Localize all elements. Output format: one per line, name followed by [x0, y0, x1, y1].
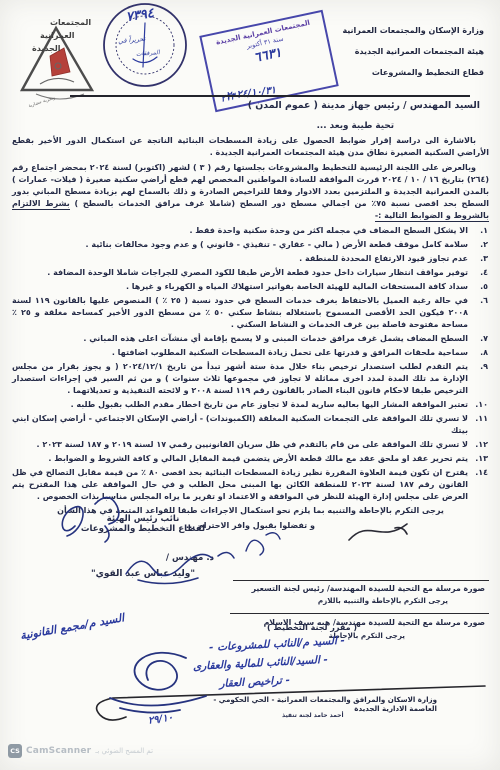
footer-address: وزارة الاسكان والمرافق والمجتمعات العمرا… — [185, 695, 437, 713]
logo-word-2: العمرانية — [40, 31, 74, 40]
condition-text: الا يشكل السطح المضاف في مجمله اكثر من و… — [189, 226, 468, 235]
condition-item-8: ٨.سماحية ملحقات المرافق و قدرتها على تحم… — [12, 347, 489, 359]
condition-item-12: ١٢.لا تسري تلك الموافقة على من قام بالتق… — [12, 439, 489, 451]
condition-item-6: ٦.في حالة رغبة العميل بالاحتفاظ بغرف خدم… — [12, 295, 489, 331]
watermark-brand: CamScanner — [26, 746, 91, 756]
condition-item-2: ٢.سلامة كامل موقف قطعة الأرض ( مالي - عق… — [12, 239, 489, 251]
condition-text: السطح المضاف يشمل غرف مرافق خدمات المبنى… — [83, 334, 468, 343]
condition-text: في حالة رغبة العميل بالاحتفاظ بغرف خدمات… — [12, 296, 468, 329]
condition-number: ٧. — [480, 333, 488, 345]
round-stamp-rim-text: هيئة المجتمعات العمرانية الجديدة ـ قطاع … — [99, 1, 103, 3]
cc-divider-2 — [230, 613, 489, 614]
condition-number: ٢. — [480, 239, 488, 251]
logo-word-3: الجديدة — [32, 44, 60, 53]
condition-text: سلامة كامل موقف قطعة الأرض ( مالي - عقار… — [86, 240, 468, 249]
footer-small-note: أحمد حامد لجنة تنفيذ — [282, 712, 344, 719]
condition-text: سماحية ملحقات المرافق و قدرتها على تحمل … — [112, 348, 468, 357]
cc-divider-1 — [233, 580, 489, 581]
watermark-arabic: تم المسح الضوئي بـ — [95, 747, 153, 755]
condition-number: ٤. — [480, 267, 488, 279]
condition-number: ١٣. — [475, 453, 488, 465]
header-divider — [70, 95, 470, 97]
scanner-watermark: CS CamScanner تم المسح الضوئي بـ — [8, 744, 153, 758]
condition-number: ٦. — [480, 295, 488, 307]
condition-text: لا تسري تلك الموافقة على من قام بالتقدم … — [37, 440, 468, 449]
signatory-handwritten-signature — [118, 544, 243, 589]
svg-text:هيئة المجتمعات العمرانية الجدي: هيئة المجتمعات العمرانية الجديدة ـ قطاع … — [99, 1, 103, 3]
condition-number: ١١. — [475, 413, 488, 425]
condition-text: عدم تجاوز قيود الارتفاع المحددة للمنطقة … — [299, 254, 468, 263]
signature-scribble-middle — [238, 523, 288, 563]
condition-text: سداد كافة المستحقات المالية للهيئة الخاص… — [126, 282, 468, 291]
greeting-line: تحية طيبة وبعد ... — [317, 121, 394, 131]
condition-text: لا تسري تلك الموافقة على التجمعات السكني… — [12, 414, 468, 435]
intro-paragraph: بالاشارة الى دراسة إقرار ضوابط الحصول عل… — [12, 135, 489, 159]
condition-item-11: ١١.لا تسري تلك الموافقة على التجمعات الس… — [12, 413, 489, 437]
pyramid-logo-icon — [10, 14, 110, 114]
condition-item-13: ١٣.يتم تحرير عقد او ملحق عقد مع مالك قطع… — [12, 453, 489, 465]
condition-number: ١٤. — [475, 467, 488, 479]
condition-item-7: ٧.السطح المضاف يشمل غرف مرافق خدمات المب… — [12, 333, 489, 345]
camscanner-icon: CS — [8, 744, 22, 758]
condition-number: ١٠. — [475, 399, 488, 411]
cc1-recipient: صورة مرسلة مع التحية للسيدة المهندسة/ رئ… — [252, 584, 485, 593]
scanned-letter-page: وزارة الإسكان والمجتمعات العمرانية هيئة … — [0, 0, 500, 770]
condition-item-4: ٤.توفير مواقف انتظار سيارات داخل حدود قط… — [12, 267, 489, 279]
nuca-logo: المجتمعات العمرانية الجديدة وتجربة حضاري… — [10, 14, 110, 114]
condition-item-9: ٩.يتم التقدم لطلب استصدار ترخيص بناء خلا… — [12, 361, 489, 397]
signature-scribble-right — [345, 514, 415, 554]
condition-text: يتم التقدم لطلب استصدار ترخيص بناء خلال … — [12, 362, 468, 395]
condition-number: ٨. — [480, 347, 488, 359]
condition-number: ١. — [480, 225, 488, 237]
condition-text: يتم تحرير عقد او ملحق عقد مع مالك قطعة ا… — [48, 454, 468, 463]
condition-number: ٥. — [480, 281, 488, 293]
decision-paragraph-text: وبالعرض على اللجنة الرئيسية للتخطيط والم… — [12, 163, 489, 208]
letterhead-authority: هيئة المجتمعات العمرانية الجديدة — [309, 41, 484, 62]
planning-committee-note: ( مقرر لجنة التخطيط ) — [256, 623, 368, 632]
condition-item-1: ١.الا يشكل السطح المضاف في مجمله اكثر من… — [12, 225, 489, 237]
condition-item-5: ٥.سداد كافة المستحقات المالية للهيئة الخ… — [12, 281, 489, 293]
condition-number: ٣. — [480, 253, 488, 265]
addressee-line: السيد المهندس / رئيس جهاز مدينة ( عموم ا… — [248, 100, 480, 111]
decision-paragraph: وبالعرض على اللجنة الرئيسية للتخطيط والم… — [12, 162, 489, 222]
letterhead-ministry: وزارة الإسكان والمجتمعات العمرانية — [309, 20, 484, 41]
condition-text: توفير مواقف انتظار سيارات داخل حدود قطعة… — [47, 268, 468, 277]
condition-number: ١٢. — [475, 439, 488, 451]
condition-item-3: ٣.عدم تجاوز قيود الارتفاع المحددة للمنطق… — [12, 253, 489, 265]
logo-word-1: المجتمعات — [50, 18, 91, 27]
condition-text: تعتبر الموافقة المشار اليها بعاليه سارية… — [71, 400, 468, 409]
condition-item-10: ١٠.تعتبر الموافقة المشار اليها بعاليه سا… — [12, 399, 489, 411]
intro-paragraph-text: بالاشارة الى دراسة إقرار ضوابط الحصول عل… — [12, 136, 489, 157]
letter-body: بالاشارة الى دراسة إقرار ضوابط الحصول عل… — [12, 135, 489, 535]
condition-number: ٩. — [480, 361, 488, 373]
cc1-instruction: يرجى التكرم بالإحاطة والتنبيه باللازم — [318, 596, 448, 605]
